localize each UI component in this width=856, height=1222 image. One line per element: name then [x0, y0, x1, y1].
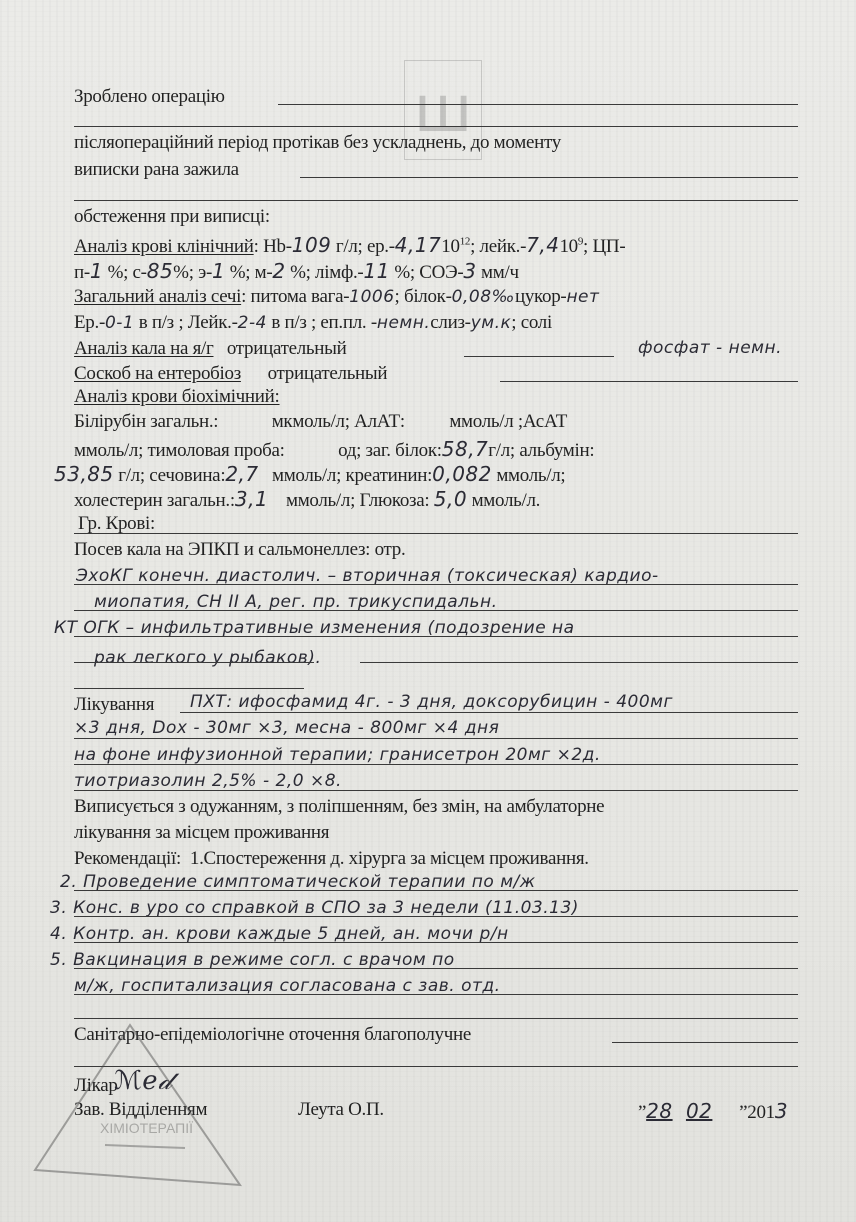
biochem-row3: 53,85 г/л; сечовина:2,7 ммоль/л; креатин…	[54, 462, 565, 487]
mucus-value: ум.к	[471, 313, 512, 333]
culture-text: Посев кала на ЭПКП и сальмонеллез: отр.	[74, 539, 405, 561]
urine-label: Загальний аналіз сечі	[74, 286, 241, 307]
stool-value: отрицательный	[227, 338, 347, 359]
recommendation-5-cont: м/ж, госпитализация согласована с зав. о…	[74, 976, 501, 996]
salts-value: фосфат - немн.	[638, 338, 782, 358]
scraping-blank-line	[500, 381, 798, 382]
discharge-document-page: ш Зроблено операцію післяопераційний пер…	[0, 0, 856, 1222]
treatment-line-3: на фоне инфузионной терапии; гранисетрон…	[74, 745, 601, 765]
postop-text-line2: виписки рана зажила	[74, 159, 239, 181]
esr-value: 3	[463, 259, 476, 283]
stool-blank-line	[464, 356, 614, 357]
note-rule-5	[74, 688, 304, 689]
biochem-row1: Білірубін загальн.: мкмоль/л; АлАТ: ммол…	[74, 411, 567, 433]
scraping-row: Соскоб на ентеробіоз отрицательный	[74, 363, 387, 385]
postop-blank-line	[300, 177, 798, 178]
protein-value: 0,08‰	[452, 287, 515, 307]
note-rule-1	[74, 584, 798, 585]
total-protein-value: 58,7	[442, 437, 489, 461]
treatment-rule-1	[180, 712, 798, 713]
scraping-value: отрицательный	[268, 363, 388, 384]
treatment-line-4: тиотриазолин 2,5% - 2,0 ×8.	[74, 771, 342, 791]
operation-blank-line	[278, 104, 798, 105]
urine-row1: Загальний аналіз сечі: питома вага-1006;…	[74, 286, 599, 308]
rec-rule-2	[74, 916, 798, 917]
lymph-value: 11	[363, 259, 389, 283]
biochem-row2: ммоль/л; тимоловая проба: од; заг. білок…	[74, 437, 594, 462]
note-line-4: рак легкого у рыбаков).	[94, 648, 321, 668]
urine-row2: Ер.-0-1 в п/з ; Лейк.-2-4 в п/з ; еп.пл.…	[74, 312, 552, 334]
cbc-row1: Аналіз крові клінічний: Hb-109 г/л; ер.-…	[74, 233, 625, 258]
treatment-label: Лікування	[74, 694, 154, 716]
cbc-label: Аналіз крові клінічний	[74, 236, 254, 257]
biochem-label: Аналіз крови біохімічний:	[74, 386, 280, 408]
urea-value: 2,7	[225, 462, 258, 486]
treatment-rule-2	[74, 738, 798, 739]
treatment-rule-4	[74, 790, 798, 791]
note-rule-4b	[360, 662, 798, 663]
note-rule-3	[74, 636, 798, 637]
date-day: 28	[646, 1099, 672, 1123]
urine-wbc-value: 2-4	[238, 313, 267, 333]
mono-value: 2	[272, 259, 285, 283]
date-year-digit: 3	[775, 1099, 788, 1123]
albumin-value: 53,85	[54, 462, 114, 486]
stool-row: Аналіз кала на я/г отрицательный	[74, 338, 347, 360]
rec-rule-3	[74, 942, 798, 943]
recommendations-label: Рекомендації:	[74, 848, 181, 869]
creatinine-value: 0,082	[432, 462, 492, 486]
triangular-stamp-icon	[20, 1020, 320, 1210]
sanitary-blank-line	[612, 1042, 798, 1043]
sugar-value: нет	[566, 287, 599, 307]
treatment-line-2: ×3 дня, Dox - 30мг ×3, месна - 800мг ×4 …	[74, 718, 499, 738]
recommendation-2: 2. Проведение симптоматической терапии п…	[60, 872, 536, 892]
recommendation-5: 5. Вакцинация в режиме согл. с врачом по	[50, 950, 455, 970]
date-month: 02	[686, 1099, 712, 1123]
glucose-value: 5,0	[434, 487, 467, 511]
postop-blank-line-2	[74, 200, 798, 201]
sg-value: 1006	[349, 287, 394, 307]
hb-value: 109	[292, 233, 332, 257]
rbc-value: 4,17	[395, 233, 442, 257]
discharge-line-2: лікування за місцем проживання	[74, 822, 329, 844]
urine-rbc-value: 0-1	[105, 313, 134, 333]
cholesterol-value: 3,1	[235, 487, 268, 511]
note-line-3: КТ ОГК – инфильтративные изменения (подо…	[54, 618, 575, 638]
stamp-text: ХІМІОТЕРАПІЇ	[100, 1120, 193, 1136]
biochem-row4: холестерин загальн.:3,1 ммоль/л; Глюкоза…	[74, 487, 540, 512]
stool-label: Аналіз кала на я/г	[74, 338, 213, 359]
wbc-value: 7,4	[526, 233, 559, 257]
band-value: 1	[90, 259, 103, 283]
blood-group-line	[74, 533, 798, 534]
postop-text-line1: післяопераційний період протікав без уск…	[74, 132, 561, 154]
rec-rule-6	[74, 1018, 798, 1019]
epi-value: немн.	[377, 313, 430, 333]
blood-group-label: Гр. Крові:	[78, 513, 155, 535]
note-line-1: ЭхоКГ конечн. диастолич. – вторичная (то…	[76, 566, 659, 586]
scraping-label: Соскоб на ентеробіоз	[74, 363, 241, 384]
recommendations-row: Рекомендації: 1.Спостереження д. хірурга…	[74, 848, 589, 870]
operation-blank-line-2	[74, 126, 798, 127]
cbc-row2: п-1 %; с-85%; э-1 %; м-2 %; лімф.-11 %; …	[74, 259, 519, 284]
date-field: ”28 02 ”2013	[638, 1099, 788, 1124]
rec-rule-5	[74, 994, 798, 995]
treatment-line-1: ПХТ: ифосфамид 4г. - 3 дня, доксорубицин…	[190, 692, 673, 712]
rec-rule-4	[74, 968, 798, 969]
discharge-line-1: Виписується з одужанням, з поліпшенням, …	[74, 796, 604, 818]
note-line-2: миопатия, СН II А, рег. пр. трикуспидаль…	[94, 592, 498, 612]
exam-title: обстеження при виписці:	[74, 206, 270, 228]
treatment-rule-3	[74, 764, 798, 765]
eos-value: 1	[212, 259, 225, 283]
recommendation-4: 4. Контр. ан. крови каждые 5 дней, ан. м…	[50, 924, 509, 944]
note-rule-4a	[74, 662, 314, 663]
seg-value: 85	[147, 259, 173, 283]
rec-rule-1	[74, 890, 798, 891]
note-rule-2	[74, 610, 798, 611]
recommendation-1: 1.Спостереження д. хірурга за місцем про…	[190, 848, 589, 869]
operation-label: Зроблено операцію	[74, 86, 225, 108]
recommendation-3: 3. Конс. в уро со справкой в СПО за 3 не…	[50, 898, 579, 918]
